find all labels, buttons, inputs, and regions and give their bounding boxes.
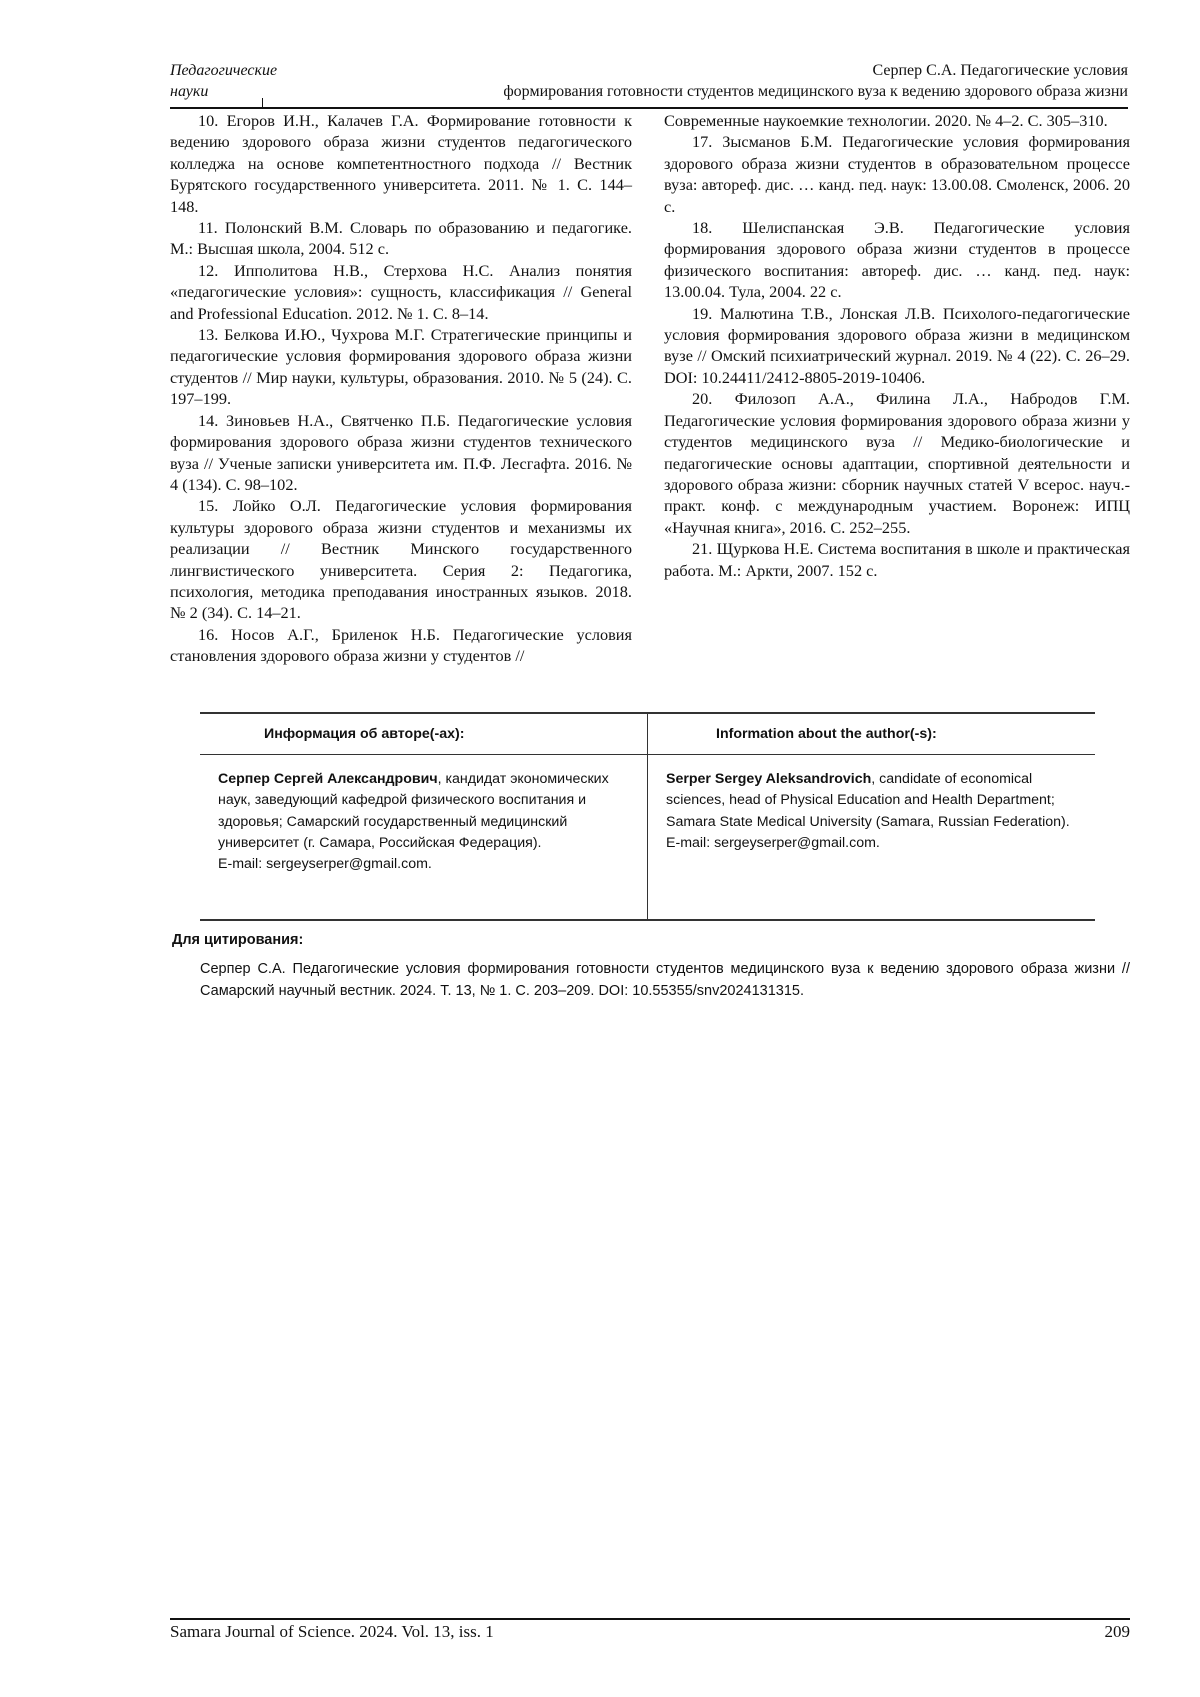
references-right-column: Современные наукоемкие технологии. 2020.… xyxy=(664,110,1130,581)
reference-item: 10. Егоров И.Н., Калачев Г.А. Формирован… xyxy=(170,110,632,217)
author-info-table: Информация об авторе(-ах): Серпер Сергей… xyxy=(200,712,1095,921)
footer-journal-info: Samara Journal of Science. 2024. Vol. 13… xyxy=(170,1622,494,1642)
citation-text: Серпер С.А. Педагогические условия форми… xyxy=(200,958,1130,1002)
running-header: Педагогические науки Серпер С.А. Педагог… xyxy=(170,60,1128,108)
reference-item: 13. Белкова И.Ю., Чухрова М.Г. Стратегич… xyxy=(170,324,632,410)
reference-item: 19. Малютина Т.В., Лонская Л.В. Психолог… xyxy=(664,303,1130,389)
reference-item: 16. Носов А.Г., Бриленок Н.Б. Педагогиче… xyxy=(170,624,632,667)
reference-item: 11. Полонский В.М. Словарь по образовани… xyxy=(170,217,632,260)
reference-item: 12. Ипполитова Н.В., Стерхова Н.С. Анали… xyxy=(170,260,632,324)
section-name: Педагогические науки xyxy=(170,60,277,102)
author-info-body-en: Serper Sergey Aleksandrovich, candidate … xyxy=(648,755,1095,854)
footer-rule xyxy=(170,1618,1130,1620)
running-title-line2: формирования готовности студентов медици… xyxy=(503,81,1128,102)
references-left-column: 10. Егоров И.Н., Калачев Г.А. Формирован… xyxy=(170,110,632,667)
header-rule xyxy=(170,107,1128,109)
author-info-heading-en: Information about the author(-s): xyxy=(648,714,1095,755)
article-running-title: Серпер С.А. Педагогические условия форми… xyxy=(503,60,1128,102)
running-title-line1: Серпер С.А. Педагогические условия xyxy=(503,60,1128,81)
reference-item: 18. Шелиспанская Э.В. Педагогические усл… xyxy=(664,217,1130,303)
author-info-russian: Информация об авторе(-ах): Серпер Сергей… xyxy=(200,714,648,919)
reference-item: 21. Щуркова Н.Е. Система воспитания в шк… xyxy=(664,538,1130,581)
author-info-body-ru: Серпер Сергей Александрович, кандидат эк… xyxy=(200,755,647,875)
author-name-en: Serper Sergey Aleksandrovich xyxy=(666,771,871,787)
reference-item: 14. Зиновьев Н.А., Святченко П.Б. Педаго… xyxy=(170,410,632,496)
reference-item: 20. Филозоп А.А., Филина Л.А., Набродов … xyxy=(664,388,1130,538)
reference-item: 17. Зысманов Б.М. Педагогические условия… xyxy=(664,131,1130,217)
citation-label: Для цитирования: xyxy=(172,932,303,948)
page-number: 209 xyxy=(1105,1622,1131,1642)
section-name-line1: Педагогические xyxy=(170,60,277,81)
author-email-ru: E-mail: sergeyserper@gmail.com. xyxy=(218,856,432,872)
author-info-english: Information about the author(-s): Serper… xyxy=(648,714,1095,919)
author-info-heading-ru: Информация об авторе(-ах): xyxy=(200,714,647,755)
reference-continuation: Современные наукоемкие технологии. 2020.… xyxy=(664,110,1130,131)
author-name-ru: Серпер Сергей Александрович xyxy=(218,771,438,787)
section-name-line2: науки xyxy=(170,81,277,102)
reference-item: 15. Лойко О.Л. Педагогические условия фо… xyxy=(170,495,632,623)
